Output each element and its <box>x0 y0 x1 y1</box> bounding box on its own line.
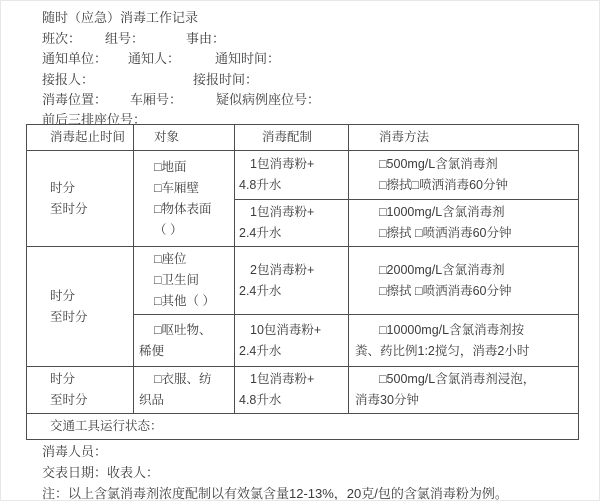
cell-time-a: 时分 至时分 <box>27 151 134 247</box>
checkbox-option-wipe-spray-60min: □擦拭 □喷洒消毒60分钟 <box>349 281 578 302</box>
cell-method-a2: □1000mg/L含氯消毒剂 □擦拭 □喷洒消毒60分钟 <box>349 200 579 247</box>
checkbox-option-clothing: □衣服、纺 <box>134 369 234 390</box>
cell-object-surfaces: □地面 □车厢壁 □物体表面 （ ） <box>134 151 235 247</box>
checkbox-option-1000mgl: □1000mg/L含氯消毒剂 <box>349 202 578 223</box>
checkbox-option-500mgl-soak: □500mg/L含氯消毒剂浸泡， <box>349 369 578 390</box>
checkbox-option-object-surface: □物体表面 <box>134 199 234 220</box>
cell-method-a1: □500mg/L含氯消毒剂 □擦拭□喷洒消毒60分钟 <box>349 151 579 200</box>
cell-mix-a1: 1包消毒粉+ 4.8升水 <box>235 151 349 200</box>
checkbox-option-wipe-spray-60min: □擦拭□喷洒消毒60分钟 <box>349 175 578 196</box>
note-text: 注：以上含氯消毒剂浓度配制以有效氯含量12-13%，20克/包的含氯消毒粉为例。 <box>42 486 508 501</box>
disinfection-table: 消毒起止时间 对象 消毒配制 消毒方法 时分 至时分 □地面 □车厢壁 □物体表… <box>26 124 579 440</box>
cell-mix-b1: 2包消毒粉+ 2.4升水 <box>235 247 349 315</box>
page-title: 随时（应急）消毒工作记录 <box>42 10 198 26</box>
field-line-shift: 班次：组号：事由： <box>42 31 225 47</box>
checkbox-option-other: □其他（ ） <box>134 291 234 312</box>
cell-vehicle-status: 交通工具运行状态： <box>27 414 579 440</box>
checkbox-option-2000mgl: □2000mg/L含氯消毒剂 <box>349 260 578 281</box>
field-label-carriage-no: 车厢号： <box>130 92 216 108</box>
field-label-report-time: 接报时间： <box>193 72 258 88</box>
table-row-seats: 时分 至时分 □座位 □卫生间 □其他（ ） 2包消毒粉+ 2.4升水 □200… <box>27 247 579 315</box>
cell-method-b1: □2000mg/L含氯消毒剂 □擦拭 □喷洒消毒60分钟 <box>349 247 579 315</box>
field-label-notify-unit: 通知单位： <box>42 51 128 67</box>
field-line-report: 接报人：接报时间： <box>42 72 258 88</box>
table-row-clothing: 时分 至时分 □衣服、纺 织品 1包消毒粉+ 4.8升水 □500mg/L含氯消… <box>27 367 579 414</box>
cell-method-c: □500mg/L含氯消毒剂浸泡， 消毒30分钟 <box>349 367 579 414</box>
checkbox-option-seat: □座位 <box>134 249 234 270</box>
cell-method-b2: □10000mg/L含氯消毒剂按 粪、药比例1:2搅匀，消毒2小时 <box>349 315 579 367</box>
cell-object-seats: □座位 □卫生间 □其他（ ） <box>134 247 235 315</box>
checkbox-option-500mgl: □500mg/L含氯消毒剂 <box>349 154 578 175</box>
field-label-shift: 班次： <box>42 31 105 47</box>
field-label-submit-date-receiver: 交表日期：收表人： <box>42 465 159 481</box>
field-label-reason: 事由： <box>186 31 225 47</box>
col-header-mix: 消毒配制 <box>235 125 349 151</box>
vehicle-status-label: 交通工具运行状态： <box>27 416 578 437</box>
cell-object-clothing: □衣服、纺 织品 <box>134 367 235 414</box>
checkbox-option-floor: □地面 <box>134 157 234 178</box>
field-label-disinfection-personnel: 消毒人员： <box>42 444 107 460</box>
field-label-suspected-seat-no: 疑似病例座位号： <box>216 92 320 108</box>
field-label-group-no: 组号： <box>105 31 186 47</box>
checkbox-option-10000mgl: □10000mg/L含氯消毒剂按 <box>349 320 578 341</box>
cell-mix-c: 1包消毒粉+ 4.8升水 <box>235 367 349 414</box>
col-header-object: 对象 <box>134 125 235 151</box>
field-label-disinfect-location: 消毒位置： <box>42 92 130 108</box>
checkbox-option-vomit: □呕吐物、 <box>134 320 234 341</box>
field-line-notify: 通知单位：通知人：通知时间： <box>42 51 280 67</box>
table-row-surfaces-1: 时分 至时分 □地面 □车厢壁 □物体表面 （ ） 1包消毒粉+ 4.8升水 □… <box>27 151 579 200</box>
table-row-vehicle-status: 交通工具运行状态： <box>27 414 579 440</box>
field-line-location: 消毒位置：车厢号：疑似病例座位号： <box>42 92 320 108</box>
cell-object-vomit: □呕吐物、 稀便 <box>134 315 235 367</box>
field-label-notifier: 通知人： <box>128 51 215 67</box>
disinfection-record-document: 随时（应急）消毒工作记录 班次：组号：事由： 通知单位：通知人：通知时间： 接报… <box>0 0 600 501</box>
cell-time-b: 时分 至时分 <box>27 247 134 367</box>
field-label-report-receiver: 接报人： <box>42 72 193 88</box>
blank-parentheses: （ ） <box>134 220 234 241</box>
cell-mix-b2: 10包消毒粉+ 2.4升水 <box>235 315 349 367</box>
col-header-method: 消毒方法 <box>349 125 579 151</box>
cell-mix-a2: 1包消毒粉+ 2.4升水 <box>235 200 349 247</box>
table-header-row: 消毒起止时间 对象 消毒配制 消毒方法 <box>27 125 579 151</box>
field-label-notify-time: 通知时间： <box>215 51 280 67</box>
cell-time-c: 时分 至时分 <box>27 367 134 414</box>
checkbox-option-toilet: □卫生间 <box>134 270 234 291</box>
checkbox-option-wipe-spray-60min: □擦拭 □喷洒消毒60分钟 <box>349 223 578 244</box>
checkbox-option-carriage-wall: □车厢壁 <box>134 178 234 199</box>
col-header-time: 消毒起止时间 <box>27 125 134 151</box>
